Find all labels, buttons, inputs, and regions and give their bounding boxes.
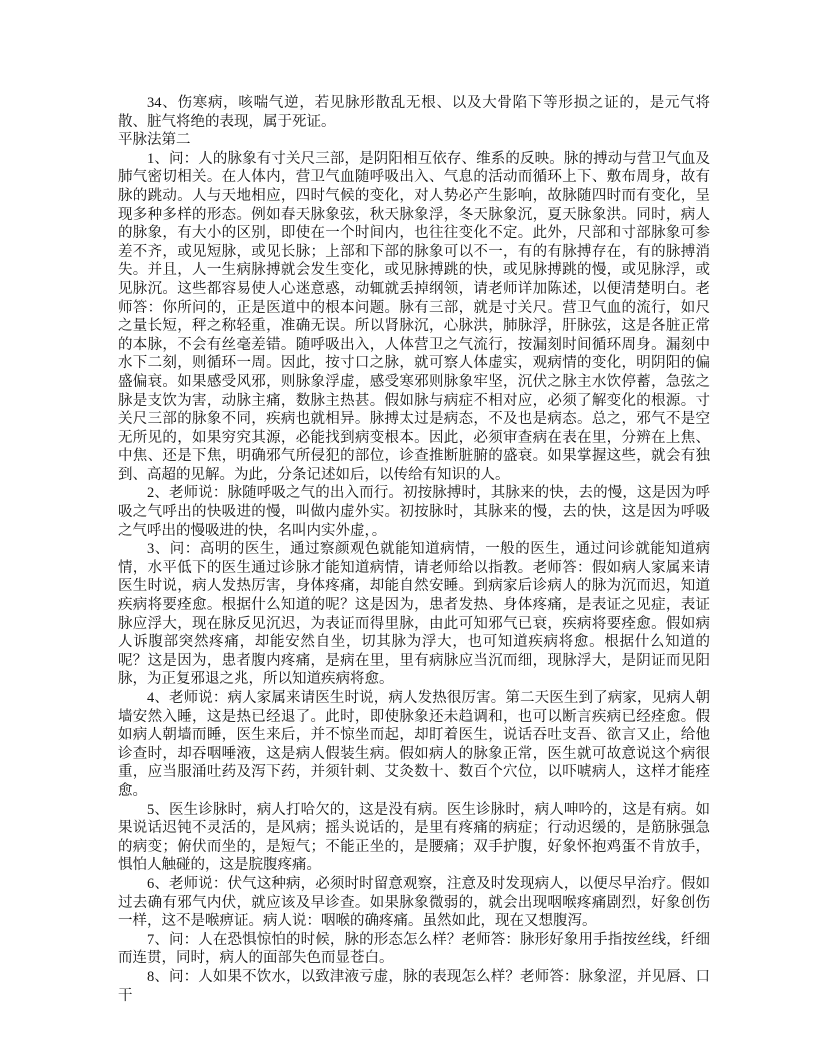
paragraph-8: 8、问：人如果不饮水，以致津液亏虚，脉的表现怎么样？老师答：脉象涩，并见唇、口干 — [118, 968, 710, 1005]
paragraph-4: 4、老师说：病人家属来请医生时说，病人发热很厉害。第二天医生到了病家，见病人朝墙… — [118, 689, 710, 801]
document-page: 34、伤寒病，咳喘气逆，若见脉形散乱无根、以及大骨陷下等形损之证的，是元气将散、… — [0, 0, 816, 1056]
paragraph-7: 7、问：人在恐惧惊怕的时候，脉的形态怎么样？老师答：脉形好象用手指按丝线，纤细而… — [118, 931, 710, 968]
document-body: 34、伤寒病，咳喘气逆，若见脉形散乱无根、以及大骨陷下等形损之证的，是元气将散、… — [118, 94, 710, 1005]
paragraph-34: 34、伤寒病，咳喘气逆，若见脉形散乱无根、以及大骨陷下等形损之证的，是元气将散、… — [118, 94, 710, 131]
paragraph-2: 2、老师说：脉随呼吸之气的出入而行。初按脉搏时，其脉来的快，去的慢，这是因为呼吸… — [118, 484, 710, 540]
paragraph-5: 5、医生诊脉时，病人打哈欠的，这是没有病。医生诊脉时，病人呻吟的，这是有病。如果… — [118, 801, 710, 875]
paragraph-6: 6、老师说：伏气这种病，必须时时留意观察，注意及时发现病人，以便尽早治疗。假如过… — [118, 875, 710, 931]
paragraph-1: 1、问：人的脉象有寸关尺三部，是阴阳相互依存、维系的反映。脉的搏动与营卫气血及肺… — [118, 150, 710, 485]
paragraph-3: 3、问：高明的医生，通过察颜观色就能知道病情，一般的医生，通过问诊就能知道病情，… — [118, 540, 710, 689]
section-heading: 平脉法第二 — [118, 131, 710, 150]
